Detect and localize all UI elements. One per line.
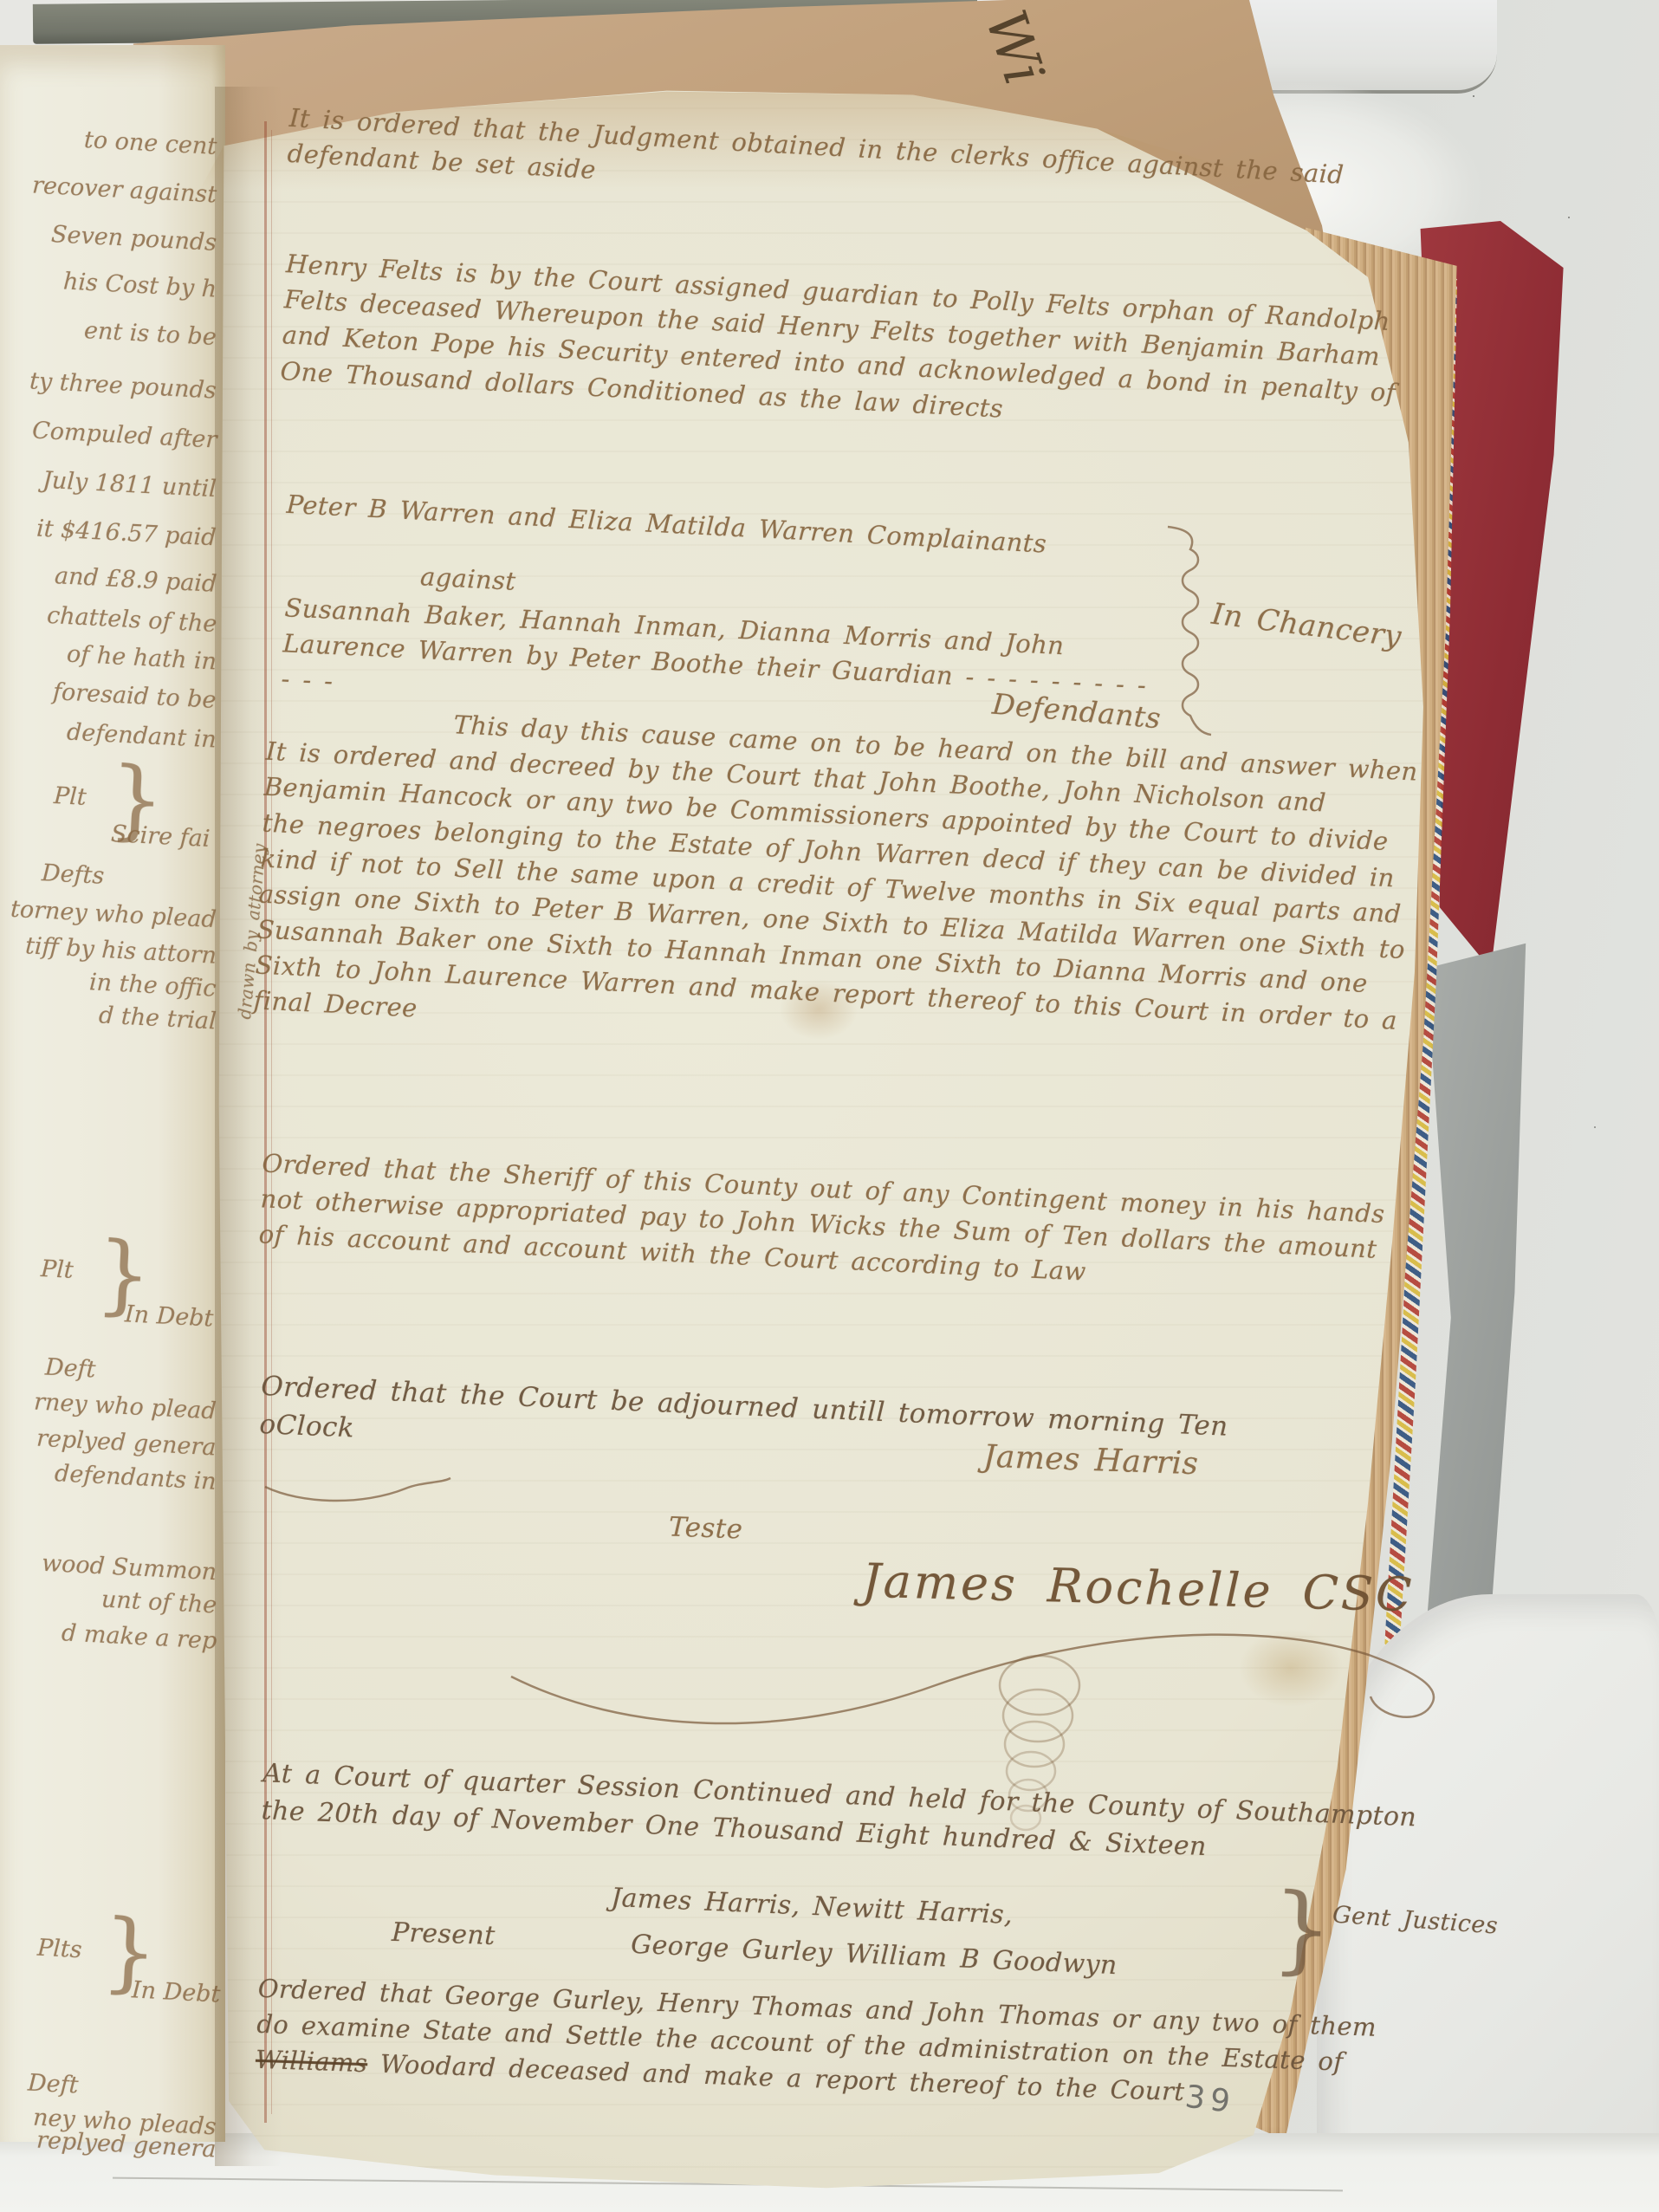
left-page-line: and £8.9 paid — [54, 562, 217, 598]
left-page-case-style: Scire fai — [110, 821, 211, 853]
entry-chancery-decree: This day this cause came on to be heard … — [253, 698, 1420, 1075]
left-page-line: in the offic — [89, 969, 217, 1002]
left-page-line: torney who plead — [10, 896, 217, 933]
left-page-line: July 1811 until — [42, 467, 217, 503]
justice-signature: James Harris — [982, 1435, 1199, 1487]
left-page-case-style: In Debt — [124, 1301, 214, 1332]
left-page-line: tiff by his attorn — [24, 932, 217, 970]
left-page-line: his Cost by h — [62, 268, 217, 302]
left-page-line: Seven pounds — [50, 221, 217, 256]
left-page-plaintiff-abbrev: Plt — [54, 782, 87, 811]
left-page-line: rney who plead — [34, 1389, 217, 1425]
left-page-defendant-abbrev: Deft — [27, 2069, 79, 2098]
gutter-shadow — [215, 87, 282, 2166]
left-page-line: it $416.57 paid — [36, 516, 217, 552]
left-page-line: recover against — [31, 172, 217, 208]
left-page-line: Compuled after — [31, 417, 217, 453]
page-number-pencil: 39 — [1183, 2075, 1238, 2125]
left-page-line: d the trial — [98, 1002, 217, 1035]
underline-flourish — [258, 1475, 457, 1509]
left-page-line: ent is to be — [83, 317, 217, 351]
left-page-line: d make a rep — [61, 1619, 217, 1654]
struck-word: Williams — [255, 2045, 367, 2078]
left-page-line: chattels of the — [46, 602, 217, 638]
left-page-case-style: In Debt — [131, 1976, 221, 2008]
left-page-line: foresaid to be — [53, 678, 217, 714]
dust-specks — [1473, 95, 1474, 97]
left-page-line: defendants in — [55, 1460, 217, 1495]
left-page-defendant-abbrev: Deft — [44, 1353, 96, 1383]
left-page-line: unt of the — [100, 1586, 217, 1619]
chancery-bracket-squiggle — [1152, 520, 1213, 745]
left-page-line: to one cent — [83, 126, 217, 160]
present-label: Present — [391, 1915, 496, 1956]
left-page-line: ty three pounds — [29, 367, 217, 404]
left-page-plaintiff-abbrev: Plts — [37, 1935, 83, 1964]
caption-against: against — [419, 559, 516, 600]
teste-label: Teste — [668, 1508, 743, 1549]
left-page-plaintiff-abbrev: Plt — [41, 1255, 75, 1284]
justices-brace: } — [1269, 1860, 1335, 1998]
left-page-line: replyed genera — [36, 1425, 217, 1462]
left-page-defendant-abbrev: Defts — [41, 860, 105, 890]
left-page-line: wood Summon — [41, 1550, 217, 1586]
photo-of-court-minute-book: { "background": { "cover_label": "Wi" },… — [0, 0, 1659, 2212]
left-page-line: of he hath in — [66, 640, 217, 675]
left-page: to one cent recover against Seven pounds… — [0, 45, 225, 2142]
